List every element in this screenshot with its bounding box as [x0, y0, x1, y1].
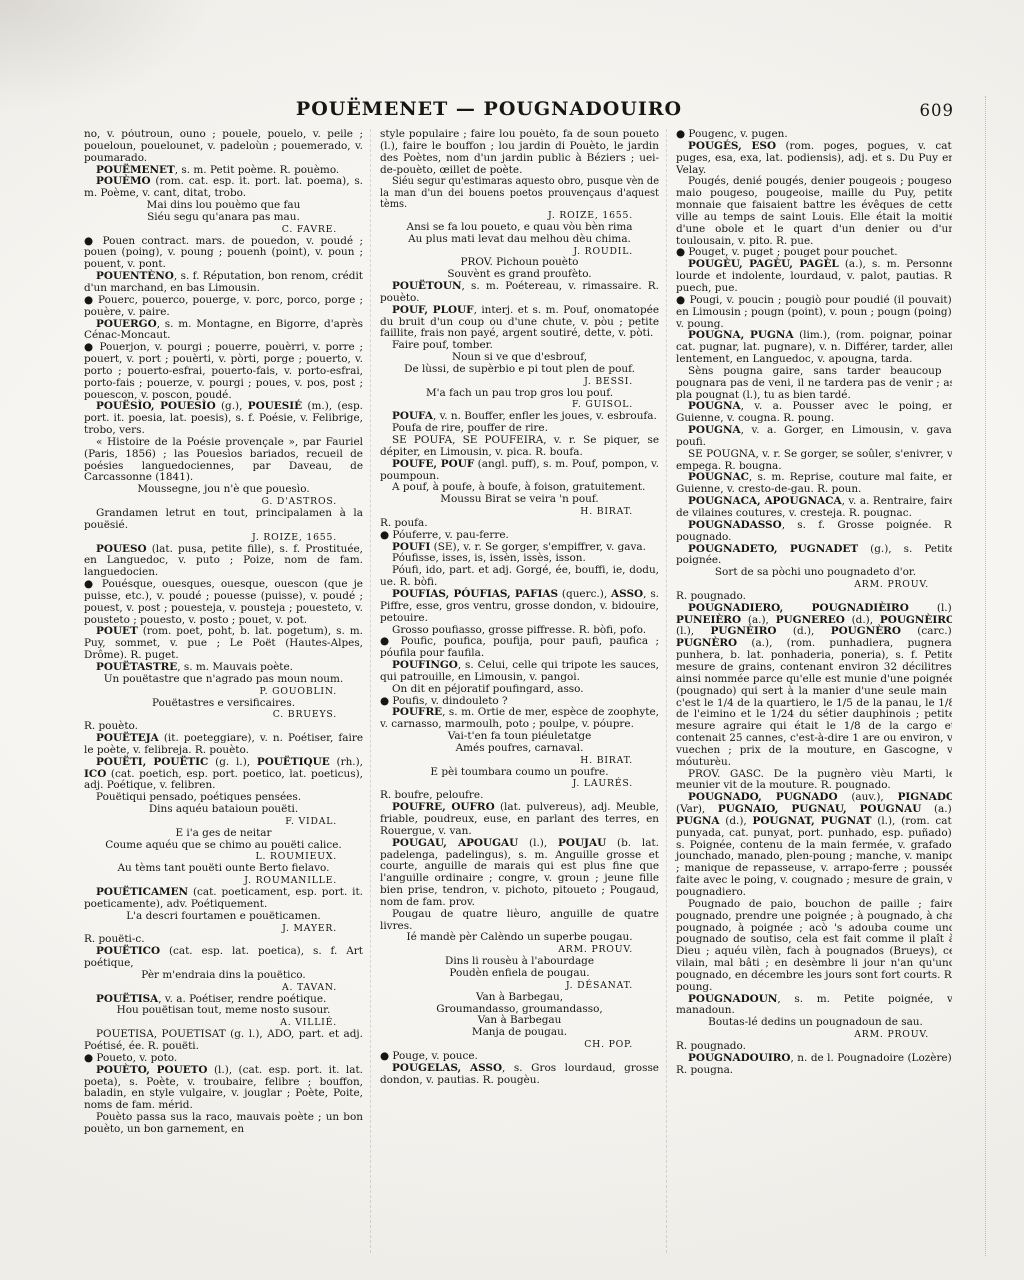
text-columns: no, v. póutroun, ouno ; pouele, pouelo, … [84, 129, 952, 1253]
dictionary-paragraph: POUGNA, v. a. Gorger, en Limousin, v. ga… [676, 425, 952, 449]
verse-block: Vai-t'en fa toun piéuletatgeAmés poufres… [380, 731, 659, 767]
verse-block: Noun si ve que d'esbrouf,De lùssi, de su… [380, 352, 659, 388]
verse-line: L'a descri fourtamen e pouëticamen. [84, 911, 363, 923]
dictionary-paragraph: POUGAU, APOUGAU (l.), POUJAU (b. lat. pa… [380, 838, 659, 909]
verse-line: Ansi se fa lou poueto, e quau vòu bèn ri… [380, 222, 659, 234]
column-1: no, v. póutroun, ouno ; pouele, pouelo, … [84, 129, 370, 1253]
dictionary-paragraph: POUGÈU, PAGÈU, PAGÈL (a.), s. m. Personn… [676, 259, 952, 295]
verse-line: Un pouëtastre que n'agrado pas moun noum… [84, 674, 363, 686]
dictionary-paragraph: POUËTEJA (it. poeteggiare), v. n. Poétis… [84, 733, 363, 757]
verse-line: De lùssi, de supèrbio e pi tout plen de … [380, 364, 659, 376]
dictionary-paragraph: ● Pouerc, pouerco, pouerge, v. porc, por… [84, 295, 363, 319]
verse-block: Moussu Birat se veira 'n pouf.H. BIRAT. [380, 494, 659, 518]
dictionary-paragraph: POUF, PLOUF, interj. et s. m. Pouf, onom… [380, 305, 659, 341]
verse-block: Hou pouëtisan tout, meme nosto susour.A.… [84, 1005, 363, 1029]
verse-line: Van à Barbegau, [380, 992, 659, 1004]
dictionary-paragraph: ● Pougi, v. poucin ; pougiò pour poudié … [676, 295, 952, 331]
dictionary-paragraph: POUËTICO (cat. esp. lat. poetica), s. f.… [84, 946, 363, 970]
citation-author: J. DÉSANAT. [380, 980, 659, 992]
verse-block: Mai dins lou pouèmo que fauSiéu segu qu'… [84, 200, 363, 236]
verse-line: Coume aquéu que se chimo au pouëti calic… [84, 840, 363, 852]
verse-block: Dins aquéu bataioun pouëti.F. VIDAL. [84, 804, 363, 828]
verse-block: Van à Barbegau,Groumandasso, groumandass… [380, 992, 659, 1051]
verse-block: E i'a ges de neitarCoume aquéu que se ch… [84, 828, 363, 864]
verse-line: Poudèn enfiela de pougau. [380, 968, 659, 980]
dictionary-paragraph: Grandamen letrut en tout, principalamen … [84, 508, 363, 532]
citation-author: F. VIDAL. [84, 816, 363, 828]
dictionary-paragraph: POUETISA, POUETISAT (g. l.), ADO, part. … [84, 1029, 363, 1053]
dictionary-paragraph: style populaire ; faire lou pouèto, fa d… [380, 129, 659, 176]
verse-line: Pouëtastres e versificaires. [84, 698, 363, 710]
verse-line: Dins aquéu bataioun pouëti. [84, 804, 363, 816]
verse-block: Boutas-lé dedins un pougnadoun de sau.AR… [676, 1017, 952, 1041]
verse-block: M'a fach un pau trop gros lou pouf.F. GU… [380, 388, 659, 412]
dictionary-paragraph: POUGNADOUN, s. m. Petite poignée, v. man… [676, 994, 952, 1018]
dictionary-paragraph: POUÈMO (rom. cat. esp. it. port. lat. po… [84, 176, 363, 200]
verse-block: Un pouëtastre que n'agrado pas moun noum… [84, 674, 363, 698]
dictionary-paragraph: POUENTÈNO, s. f. Réputation, bon renom, … [84, 271, 363, 295]
dictionary-paragraph: POUFE, POUF (angl. puff), s. m. Pouf, po… [380, 459, 659, 483]
dictionary-paragraph: POUËTI, POUËTIC (g. l.), POUËTIQUE (rh.)… [84, 757, 363, 793]
dictionary-paragraph: POUGELAS, ASSO, s. Gros lourdaud, grosse… [380, 1063, 659, 1087]
page-header: POUËMENET — POUGNADOUIRO 609 [84, 98, 984, 124]
verse-block: E pèi toumbara coumo un poufre.J. LAURÉS… [380, 767, 659, 791]
verse-line: E pèi toumbara coumo un poufre. [380, 767, 659, 779]
dictionary-paragraph: POUGNADOUIRO, n. de l. Pougnadoire (Lozè… [676, 1053, 952, 1077]
verse-line: Amés poufres, carnaval. [380, 743, 659, 755]
dictionary-paragraph: POUËTICAMEN (cat. poeticament, esp. port… [84, 887, 363, 911]
dictionary-paragraph: Sèns pougna gaire, sans tarder beaucoup … [676, 366, 952, 402]
column-2: style populaire ; faire lou pouèto, fa d… [370, 129, 666, 1253]
verse-line: Ié mandè pèr Calèndo un superbe pougau. [380, 932, 659, 944]
verse-block: Au tèms tant pouëti ounte Berto fielavo.… [84, 863, 363, 887]
verse-block: Pouëtastres e versificaires.C. BRUEYS. [84, 698, 363, 722]
dictionary-paragraph: ● Pouen contract. mars. de pouedon, v. p… [84, 236, 363, 272]
dictionary-paragraph: POUERGO, s. m. Montagne, en Bigorre, d'a… [84, 319, 363, 343]
verse-line: Siéu segu qu'anara pas mau. [84, 212, 363, 224]
dictionary-paragraph: ● Pouerjon, v. pourgi ; pouerre, pouèrri… [84, 342, 363, 401]
dictionary-paragraph: POUGNAC, s. m. Reprise, couture mal fait… [676, 472, 952, 496]
verse-line: Moussegne, jou n'è que pouesìo. [84, 484, 363, 496]
verse-line: Boutas-lé dedins un pougnadoun de sau. [676, 1017, 952, 1029]
dictionary-paragraph: Pougés, denié pougés, denier pougeois ; … [676, 176, 952, 247]
dictionary-paragraph: Pougnado de paio, bouchon de paille ; fa… [676, 899, 952, 994]
verse-block: Pèr m'endraia dins la pouëtico.A. TAVAN. [84, 970, 363, 994]
dictionary-paragraph: « Histoire de la Poésie provençale », pa… [84, 437, 363, 484]
scanned-dictionary-page: POUËMENET — POUGNADOUIRO 609 no, v. póut… [0, 0, 1024, 1280]
dictionary-paragraph: POUFINGO, s. Celui, celle qui tripote le… [380, 660, 659, 684]
dictionary-paragraph: POUGNADIERO, POUGNADIÈIRO (l.), PUNEIÈRO… [676, 603, 952, 769]
verse-block: Ié mandè pèr Calèndo un superbe pougau.A… [380, 932, 659, 956]
verse-block: L'a descri fourtamen e pouëticamen.J. MA… [84, 911, 363, 935]
dictionary-paragraph: SE POUFA, SE POUFEIRA, v. r. Se piquer, … [380, 435, 659, 459]
dictionary-paragraph: Póufi, ido, part. et adj. Gorgé, ée, bou… [380, 565, 659, 589]
verse-line: Sort de sa pòchi uno pougnadeto d'or. [676, 567, 952, 579]
page-number: 609 [920, 101, 955, 120]
dictionary-paragraph: POUESO (lat. pusa, petite fille), s. f. … [84, 544, 363, 580]
scan-artifact-line [985, 96, 986, 1256]
verse-block: Moussegne, jou n'è que pouesìo.G. D'ASTR… [84, 484, 363, 508]
dictionary-paragraph: ● Pouésque, ouesques, ouesque, ouescon (… [84, 579, 363, 626]
citation-author: P. GOUOBLIN. [84, 686, 363, 698]
dictionary-paragraph: POUET (rom. poet, poht, b. lat. pogetum)… [84, 626, 363, 662]
verse-block: Sort de sa pòchi uno pougnadeto d'or.ARM… [676, 567, 952, 591]
verse-line: Au tèms tant pouëti ounte Berto fielavo. [84, 863, 363, 875]
dictionary-paragraph: Pougau de quatre lièuro, anguille de qua… [380, 909, 659, 933]
dictionary-paragraph: Siéu segur qu'estimaras aquesto obro, pu… [380, 176, 659, 210]
verse-block: Ansi se fa lou poueto, e quau vòu bèn ri… [380, 222, 659, 258]
verse-line: Pèr m'endraia dins la pouëtico. [84, 970, 363, 982]
dictionary-paragraph: no, v. póutroun, ouno ; pouele, pouelo, … [84, 129, 363, 165]
dictionary-paragraph: SE POUGNA, v. r. Se gorger, se soûler, s… [676, 449, 952, 473]
dictionary-paragraph: POUGÉS, ESO (rom. poges, pogues, v. cat.… [676, 141, 952, 177]
column-3: ● Pougenc, v. pugen.POUGÉS, ESO (rom. po… [666, 129, 952, 1253]
verse-line: Au plus mati levat dau melhou dèu chima. [380, 234, 659, 246]
dictionary-paragraph: POUFIAS, PÓUFIAS, PAFIAS (querc.), ASSO,… [380, 589, 659, 625]
citation-author: J. BESSI. [380, 376, 659, 388]
dictionary-paragraph: POUÈTO, POUETO (l.), (cat. esp. port. it… [84, 1065, 363, 1112]
dictionary-paragraph: POUGNADASSO, s. f. Grosse poignée. R. po… [676, 520, 952, 544]
citation-author: H. BIRAT. [380, 755, 659, 767]
dictionary-paragraph: POUGNADO, PUGNADO (auv.), PIGNADO (Var),… [676, 792, 952, 899]
dictionary-paragraph: POUFRE, OUFRO (lat. pulvereus), adj. Meu… [380, 802, 659, 838]
dictionary-paragraph: POUGNA, v. a. Pousser avec le poing, en … [676, 401, 952, 425]
verse-line: M'a fach un pau trop gros lou pouf. [380, 388, 659, 400]
verse-block: Dins li rousèu à l'abourdagePoudèn enfie… [380, 956, 659, 992]
dictionary-paragraph: POUËSÌO, POUESÌO (g.), POUESIÉ (m.), (es… [84, 401, 363, 437]
dictionary-paragraph: PROV. GASC. De la pugnèro vièu Marti, le… [676, 769, 952, 793]
dictionary-paragraph: POUFRE, s. m. Ortie de mer, espèce de zo… [380, 707, 659, 731]
verse-line: Moussu Birat se veira 'n pouf. [380, 494, 659, 506]
running-title: POUËMENET — POUGNADOUIRO [84, 98, 894, 120]
dictionary-paragraph: POUGNADETO, PUGNADET (g.), s. Petite poi… [676, 544, 952, 568]
verse-line: Hou pouëtisan tout, meme nosto susour. [84, 1005, 363, 1017]
dictionary-paragraph: ● Poufic, poufica, poufija, pour paufi, … [380, 636, 659, 660]
verse-block: PROV. Pichoun pouètoSouvènt es grand pro… [380, 257, 659, 281]
dictionary-paragraph: POUGNACA, APOUGNACA, v. a. Rentraire, fa… [676, 496, 952, 520]
dictionary-paragraph: POUGNA, PUGNA (lim.), (rom. poignar, poi… [676, 330, 952, 366]
dictionary-paragraph: POUËTOUN, s. m. Poétereau, v. rimassaire… [380, 281, 659, 305]
verse-line: E i'a ges de neitar [84, 828, 363, 840]
dictionary-paragraph: Pouèto passa sus la raco, mauvais poète … [84, 1112, 363, 1136]
verse-line: Manja de pougau. [380, 1027, 659, 1039]
